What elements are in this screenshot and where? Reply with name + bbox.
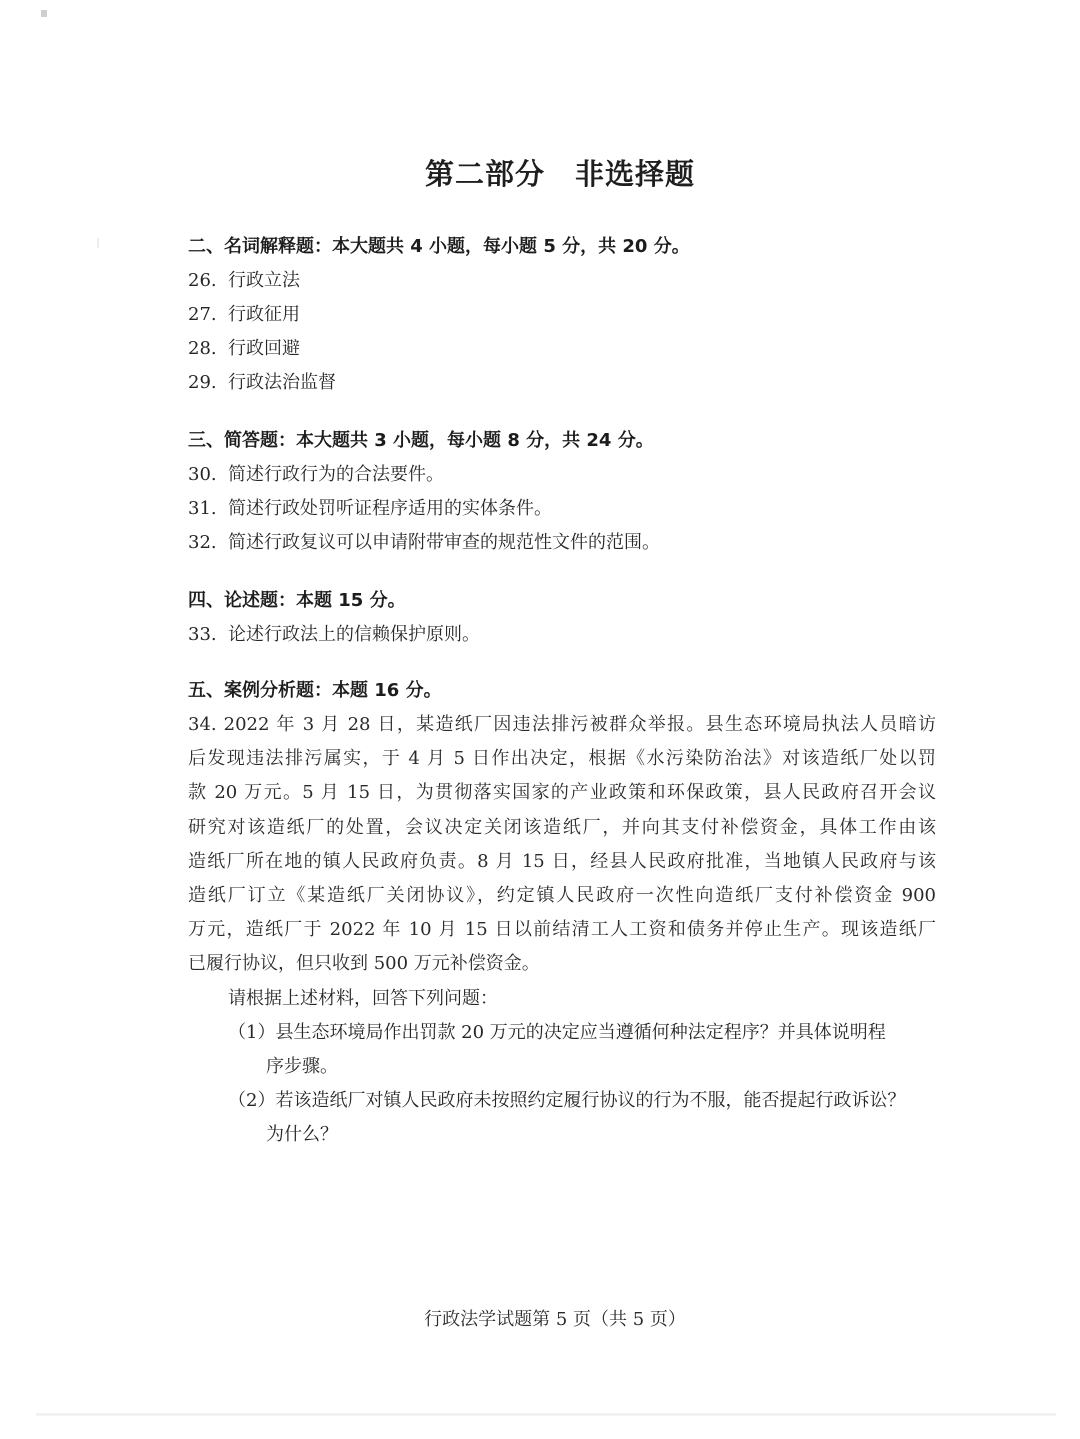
case-line: 造纸厂订立《某造纸厂关闭协议》，约定镇人民政府一次性向造纸厂支付补偿资金 900 xyxy=(188,879,936,913)
case-instruction: 请根据上述材料，回答下列问题： xyxy=(188,982,936,1016)
sub-question-text: （1）县生态环境局作出罚款 20 万元的决定应当遵循何种法定程序？并具体说明程 xyxy=(228,1016,936,1050)
question-text: 行政法治监督 xyxy=(228,372,336,393)
section-short-answer: 三、简答题：本大题共 3 小题，每小题 8 分，共 24 分。 30.简述行政行… xyxy=(188,424,936,560)
scan-artifact xyxy=(97,238,99,248)
case-line: 已履行协议，但只收到 500 万元补偿资金。 xyxy=(188,947,936,981)
question-item: 26.行政立法 xyxy=(188,264,936,298)
question-number: 29. xyxy=(188,366,228,400)
question-item: 31.简述行政处罚听证程序适用的实体条件。 xyxy=(188,492,936,526)
question-item: 29.行政法治监督 xyxy=(188,366,936,400)
sub-question-1: （1）县生态环境局作出罚款 20 万元的决定应当遵循何种法定程序？并具体说明程 … xyxy=(188,1016,936,1084)
sub-question-2: （2）若该造纸厂对镇人民政府未按照约定履行协议的行为不服，能否提起行政诉讼？ 为… xyxy=(188,1084,936,1152)
case-line: 34. 2022 年 3 月 28 日，某造纸厂因违法排污被群众举报。县生态环境… xyxy=(188,708,936,742)
question-number: 26. xyxy=(188,264,228,298)
page-footer: 行政法学试题第 5 页（共 5 页） xyxy=(0,1305,1080,1331)
section-spacer xyxy=(188,400,936,424)
question-item: 32.简述行政复议可以申请附带审查的规范性文件的范围。 xyxy=(188,526,936,560)
question-text: 简述行政处罚听证程序适用的实体条件。 xyxy=(228,498,552,519)
question-number: 33. xyxy=(188,618,228,652)
question-number: 32. xyxy=(188,526,228,560)
case-line: 造纸厂所在地的镇人民政府负责。8 月 15 日，经县人民政府批准，当地镇人民政府… xyxy=(188,845,936,879)
exam-page: 第二部分 非选择题 二、名词解释题：本大题共 4 小题，每小题 5 分，共 20… xyxy=(0,0,1080,1439)
scan-artifact xyxy=(41,10,47,17)
question-number: 27. xyxy=(188,298,228,332)
section-heading: 三、简答题：本大题共 3 小题，每小题 8 分，共 24 分。 xyxy=(188,424,936,458)
exam-content: 二、名词解释题：本大题共 4 小题，每小题 5 分，共 20 分。 26.行政立… xyxy=(188,230,936,1152)
question-text: 简述行政复议可以申请附带审查的规范性文件的范围。 xyxy=(228,532,660,553)
sub-question-text-continued: 为什么？ xyxy=(228,1118,936,1152)
question-number: 31. xyxy=(188,492,228,526)
question-text: 论述行政法上的信赖保护原则。 xyxy=(228,624,480,645)
sub-question-text-continued: 序步骤。 xyxy=(228,1050,936,1084)
section-spacer xyxy=(188,652,936,674)
case-material: 34. 2022 年 3 月 28 日，某造纸厂因违法排污被群众举报。县生态环境… xyxy=(188,708,936,982)
question-number: 28. xyxy=(188,332,228,366)
section-heading: 五、案例分析题：本题 16 分。 xyxy=(188,674,936,708)
section-heading: 二、名词解释题：本大题共 4 小题，每小题 5 分，共 20 分。 xyxy=(188,230,936,264)
section-term-explanation: 二、名词解释题：本大题共 4 小题，每小题 5 分，共 20 分。 26.行政立… xyxy=(188,230,936,400)
question-item: 28.行政回避 xyxy=(188,332,936,366)
section-case-analysis: 五、案例分析题：本题 16 分。 34. 2022 年 3 月 28 日，某造纸… xyxy=(188,674,936,1152)
question-item: 30.简述行政行为的合法要件。 xyxy=(188,458,936,492)
question-text: 行政征用 xyxy=(228,304,300,325)
question-item: 27.行政征用 xyxy=(188,298,936,332)
question-text: 行政回避 xyxy=(228,338,300,359)
section-heading: 四、论述题：本题 15 分。 xyxy=(188,584,936,618)
section-spacer xyxy=(188,560,936,584)
case-line: 后发现违法排污属实，于 4 月 5 日作出决定，根据《水污染防治法》对该造纸厂处… xyxy=(188,742,936,776)
sub-question-text: （2）若该造纸厂对镇人民政府未按照约定履行协议的行为不服，能否提起行政诉讼？ xyxy=(228,1084,936,1118)
question-text: 行政立法 xyxy=(228,270,300,291)
question-number: 30. xyxy=(188,458,228,492)
case-line: 款 20 万元。5 月 15 日，为贯彻落实国家的产业政策和环保政策，县人民政府… xyxy=(188,776,936,810)
part-title: 第二部分 非选择题 xyxy=(0,152,1080,193)
case-line: 万元，造纸厂于 2022 年 10 月 15 日以前结清工人工资和债务并停止生产… xyxy=(188,913,936,947)
scan-edge xyxy=(36,1413,1056,1416)
question-text: 简述行政行为的合法要件。 xyxy=(228,464,444,485)
section-essay: 四、论述题：本题 15 分。 33.论述行政法上的信赖保护原则。 xyxy=(188,584,936,652)
case-line: 研究对该造纸厂的处置，会议决定关闭该造纸厂，并向其支付补偿资金，具体工作由该 xyxy=(188,811,936,845)
question-item: 33.论述行政法上的信赖保护原则。 xyxy=(188,618,936,652)
